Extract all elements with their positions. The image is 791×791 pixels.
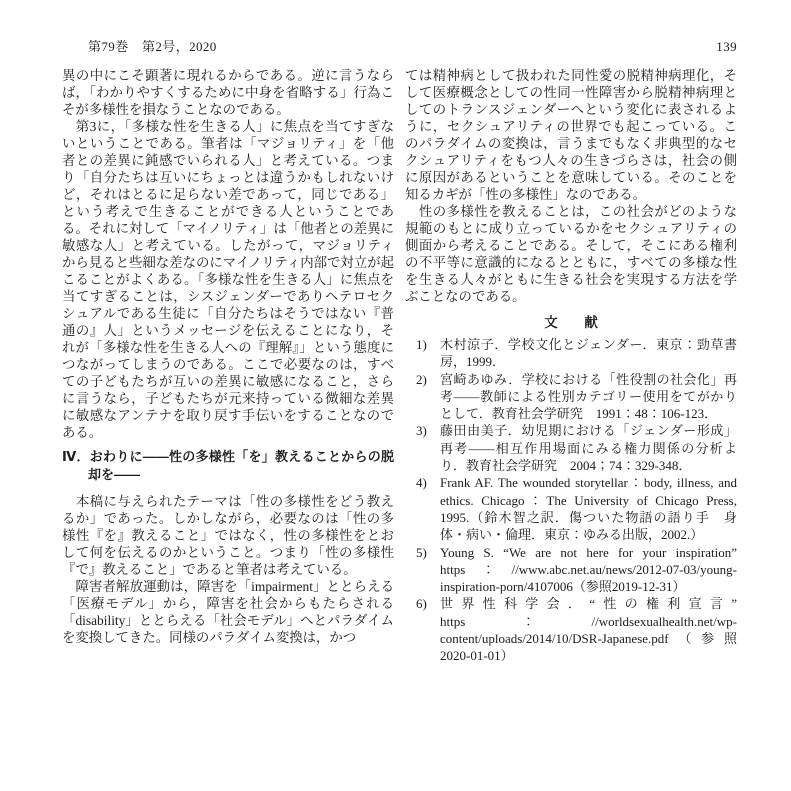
reference-item: 1) 木村涼子．学校文化とジェンダー．東京：勁草書房，1999． [405, 336, 737, 371]
reference-number: 3) [416, 422, 440, 474]
page-number: 139 [716, 39, 737, 55]
paragraph: 本稿に与えられたテーマは「性の多様性をどう教えるか」であった。しかしながら，必要… [62, 493, 394, 578]
reference-number: 1) [416, 336, 440, 371]
left-column: 異の中にこそ顕著に現れるからである。逆に言うならば，「わかりやすくするために中身… [62, 67, 394, 665]
reference-item: 2) 宮崎あゆみ．学校における「性役割の社会化」再考――教師による性別カテゴリー… [405, 371, 737, 423]
paragraph: ては精神病として扱われた同性愛の脱精神病理化，そして医療概念としての性同一性障害… [405, 67, 737, 203]
reference-text: 藤田由美子．幼児期における「ジェンダー形成」再考――相互作用場面にみる権力関係の… [440, 422, 737, 474]
reference-text: Young S. “We are not here for your inspi… [440, 544, 737, 596]
two-column-layout: 異の中にこそ顕著に現れるからである。逆に言うならば，「わかりやすくするために中身… [62, 67, 737, 665]
reference-item: 4) Frank AF. The wounded storytellar：bod… [405, 474, 737, 543]
reference-text: Frank AF. The wounded storytellar：body, … [440, 474, 737, 543]
reference-number: 5) [416, 544, 440, 596]
paragraph: 性の多様性を教えることは，この社会がどのような規範のもとに成り立っているかをセク… [405, 203, 737, 305]
paragraph: 障害者解放運動は，障害を「impairment」ととらえる「医療モデル」から，障… [62, 578, 394, 646]
reference-item: 3) 藤田由美子．幼児期における「ジェンダー形成」再考――相互作用場面にみる権力… [405, 422, 737, 474]
reference-number: 6) [416, 595, 440, 664]
right-column: ては精神病として扱われた同性愛の脱精神病理化，そして医療概念としての性同一性障害… [405, 67, 737, 665]
journal-issue-info: 第79巻 第2号，2020 [62, 36, 217, 55]
reference-text: 木村涼子．学校文化とジェンダー．東京：勁草書房，1999． [440, 336, 737, 371]
references-heading: 文 献 [405, 314, 737, 332]
section-heading: Ⅳ．おわりに――性の多様性「を」教えることからの脱却を―― [62, 448, 394, 483]
journal-page: 第79巻 第2号，2020 139 異の中にこそ顕著に現れるからである。逆に言う… [0, 0, 791, 791]
reference-number: 4) [416, 474, 440, 543]
reference-item: 5) Young S. “We are not here for your in… [405, 544, 737, 596]
page-header: 第79巻 第2号，2020 139 [62, 36, 737, 55]
paragraph: 第3に，「多様な性を生きる人」に焦点を当てすぎないということである。筆者は「マジ… [62, 118, 394, 441]
paragraph: 異の中にこそ顕著に現れるからである。逆に言うならば，「わかりやすくするために中身… [62, 67, 394, 118]
reference-text: 世界性科学会．“性の権利宣言” https：//worldsexualhealt… [440, 595, 737, 664]
references-list: 1) 木村涼子．学校文化とジェンダー．東京：勁草書房，1999． 2) 宮崎あゆ… [405, 336, 737, 665]
reference-number: 2) [416, 371, 440, 423]
reference-text: 宮崎あゆみ．学校における「性役割の社会化」再考――教師による性別カテゴリー使用を… [440, 371, 737, 423]
reference-item: 6) 世界性科学会．“性の権利宣言” https：//worldsexualhe… [405, 595, 737, 664]
